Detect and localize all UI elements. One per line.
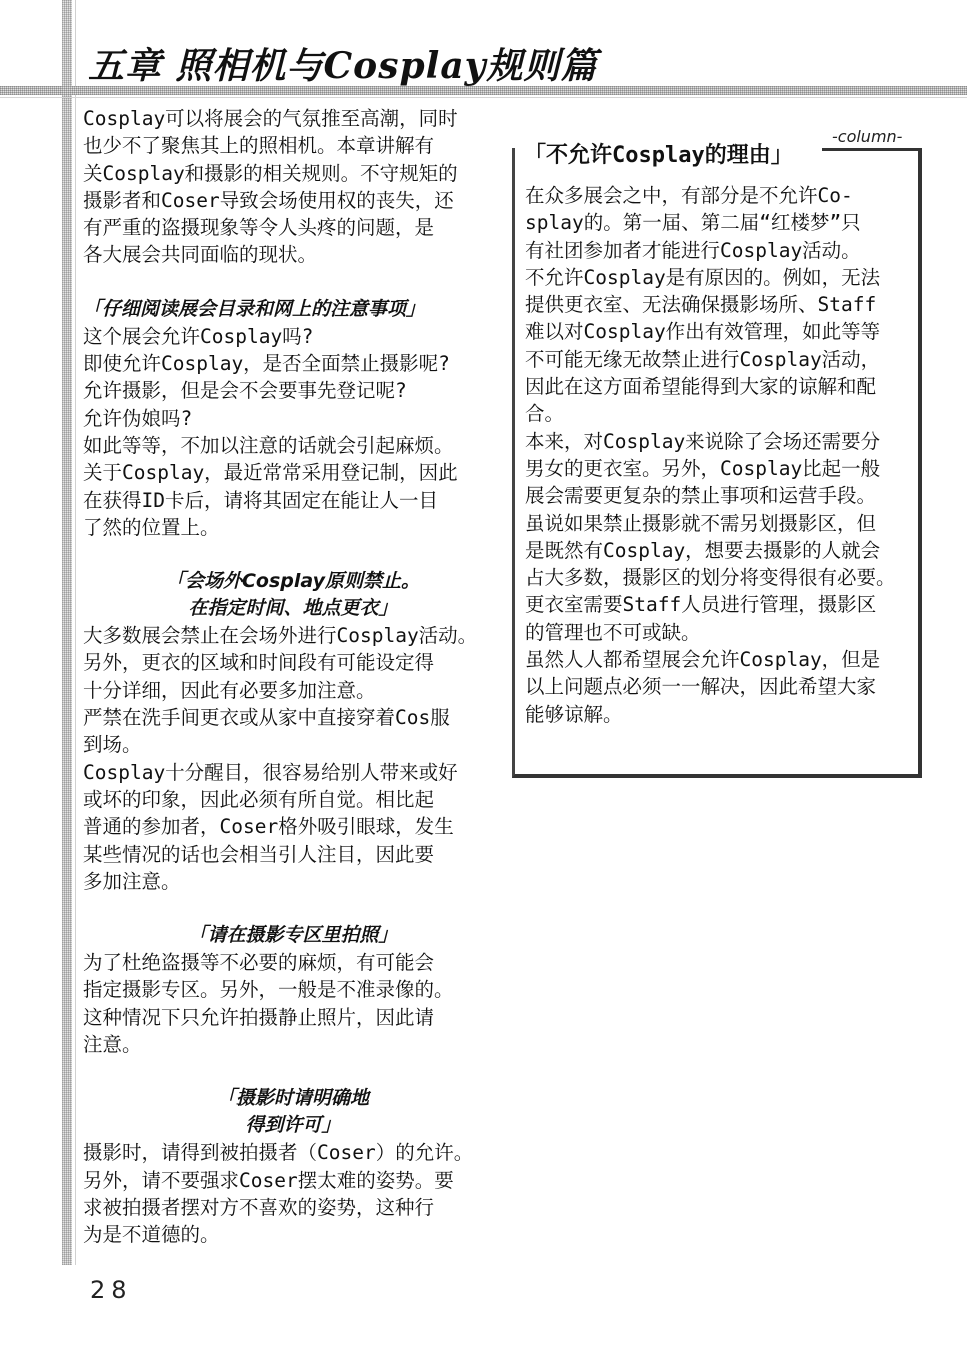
text-line: 这个展会允许Cosplay吗? — [83, 323, 503, 350]
text-line: 占大多数，摄影区的划分将变得很有必要。 — [525, 564, 920, 591]
column-tag: -column- — [832, 127, 902, 146]
text-line: 多加注意。 — [83, 868, 503, 895]
text-line: 了然的位置上。 — [83, 514, 503, 541]
text-line: 因此在这方面希望能得到大家的谅解和配 — [525, 373, 920, 400]
text-line: 合。 — [525, 400, 920, 427]
text-line: 即使允许Cosplay，是否全面禁止摄影呢? — [83, 350, 503, 377]
text-line: 某些情况的话也会相当引人注目，因此要 — [83, 841, 503, 868]
section-heading: 「会场外Cosplay原则禁止。 — [83, 568, 503, 595]
section-photo-zone: 「请在摄影专区里拍照」 为了杜绝盗摄等不必要的麻烦，有可能会 指定摄影专区。另外… — [83, 922, 503, 1058]
section-permission: 「摄影时请明确地 得到许可」 摄影时，请得到被拍摄者（Coser）的允许。 另外… — [83, 1085, 503, 1248]
text-line: 为是不道德的。 — [83, 1221, 503, 1248]
column-box-top-rule — [822, 148, 922, 151]
text-line: 在众多展会之中，有部分是不允许Co- — [525, 182, 920, 209]
text-line: 另外，更衣的区域和时间段有可能设定得 — [83, 649, 503, 676]
text-line: 本来，对Cosplay来说除了会场还需要分 — [525, 428, 920, 455]
text-line: 摄影者和Coser导致会场使用权的丧失，还 — [83, 187, 503, 214]
text-line: 以上问题点必须一一解决，因此希望大家 — [525, 673, 920, 700]
section-heading: 在指定时间、地点更衣」 — [83, 595, 503, 622]
chapter-title: 五章 照相机与Cosplay规则篇 — [88, 38, 598, 89]
text-line: 有社团参加者才能进行Cosplay活动。 — [525, 237, 920, 264]
text-line: 大多数展会禁止在会场外进行Cosplay活动。 — [83, 622, 503, 649]
section-heading: 「请在摄影专区里拍照」 — [83, 922, 503, 949]
text-line: 在获得ID卡后，请将其固定在能让人一目 — [83, 487, 503, 514]
text-line: 普通的参加者，Coser格外吸引眼球，发生 — [83, 813, 503, 840]
text-line: 提供更衣室、无法确保摄影场所、Staff — [525, 291, 920, 318]
intro-paragraph: Cosplay可以将展会的气氛推至高潮，同时 也少不了聚焦其上的照相机。本章讲解… — [83, 105, 503, 269]
text-line: 求被拍摄者摆对方不喜欢的姿势，这种行 — [83, 1194, 503, 1221]
text-line: Cosplay十分醒目，很容易给别人带来或好 — [83, 759, 503, 786]
text-line: 指定摄影专区。另外，一般是不准录像的。 — [83, 976, 503, 1003]
column-body: 在众多展会之中，有部分是不允许Co- splay的。第一届、第二届“红楼梦”只 … — [525, 182, 920, 728]
header-divider-line — [0, 97, 967, 98]
text-line: 各大展会共同面临的现状。 — [83, 241, 503, 268]
left-decorative-border — [62, 0, 72, 1265]
text-line: 虽然人人都希望展会允许Cosplay，但是 — [525, 646, 920, 673]
column-title: 「不允许Cosplay的理由」 — [524, 138, 801, 169]
section-catalog-notes: 「仔细阅读展会目录和网上的注意事项」 这个展会允许Cosplay吗? 即使允许C… — [83, 296, 503, 541]
text-line: 严禁在洗手间更衣或从家中直接穿着Cos服 — [83, 704, 503, 731]
text-line: 这种情况下只允许拍摄静止照片，因此请 — [83, 1004, 503, 1031]
text-line: 更衣室需要Staff人员进行管理，摄影区 — [525, 591, 920, 618]
text-line: 不可能无缘无故禁止进行Cosplay活动， — [525, 346, 920, 373]
text-line: 为了杜绝盗摄等不必要的麻烦，有可能会 — [83, 949, 503, 976]
section-outside-cosplay: 「会场外Cosplay原则禁止。 在指定时间、地点更衣」 大多数展会禁止在会场外… — [83, 568, 503, 895]
text-line: 注意。 — [83, 1031, 503, 1058]
text-line: 男女的更衣室。另外，Cosplay比起一般 — [525, 455, 920, 482]
text-line: 关于Cosplay，最近常常采用登记制，因此 — [83, 459, 503, 486]
section-heading: 得到许可」 — [83, 1112, 503, 1139]
text-line: 的管理也不可或缺。 — [525, 619, 920, 646]
section-heading: 「仔细阅读展会目录和网上的注意事项」 — [83, 296, 503, 323]
text-line: 虽说如果禁止摄影就不需另划摄影区，但 — [525, 510, 920, 537]
text-line: 摄影时，请得到被拍摄者（Coser）的允许。 — [83, 1139, 503, 1166]
text-line: 或坏的印象，因此必须有所自觉。相比起 — [83, 786, 503, 813]
text-line: 另外，请不要强求Coser摆太难的姿势。要 — [83, 1167, 503, 1194]
page-number: 28 — [90, 1276, 133, 1304]
section-heading: 「摄影时请明确地 — [83, 1085, 503, 1112]
text-line: splay的。第一届、第二届“红楼梦”只 — [525, 209, 920, 236]
text-line: 能够谅解。 — [525, 701, 920, 728]
main-text-column: Cosplay可以将展会的气氛推至高潮，同时 也少不了聚焦其上的照相机。本章讲解… — [83, 105, 503, 1249]
text-line: 是既然有Cosplay，想要去摄影的人就会 — [525, 537, 920, 564]
text-line: 不允许Cosplay是有原因的。例如，无法 — [525, 264, 920, 291]
text-line: 如此等等，不加以注意的话就会引起麻烦。 — [83, 432, 503, 459]
text-line: 关Cosplay和摄影的相关规则。不守规矩的 — [83, 160, 503, 187]
text-line: 也少不了聚焦其上的照相机。本章讲解有 — [83, 132, 503, 159]
text-line: Cosplay可以将展会的气氛推至高潮，同时 — [83, 105, 503, 132]
left-border-line — [75, 0, 76, 1265]
text-line: 允许伪娘吗? — [83, 405, 503, 432]
text-line: 十分详细，因此有必要多加注意。 — [83, 677, 503, 704]
text-line: 有严重的盗摄现象等令人头疼的问题，是 — [83, 214, 503, 241]
text-line: 允许摄影，但是会不会要事先登记呢? — [83, 377, 503, 404]
text-line: 展会需要更复杂的禁止事项和运营手段。 — [525, 482, 920, 509]
text-line: 到场。 — [83, 731, 503, 758]
text-line: 难以对Cosplay作出有效管理，如此等等 — [525, 318, 920, 345]
